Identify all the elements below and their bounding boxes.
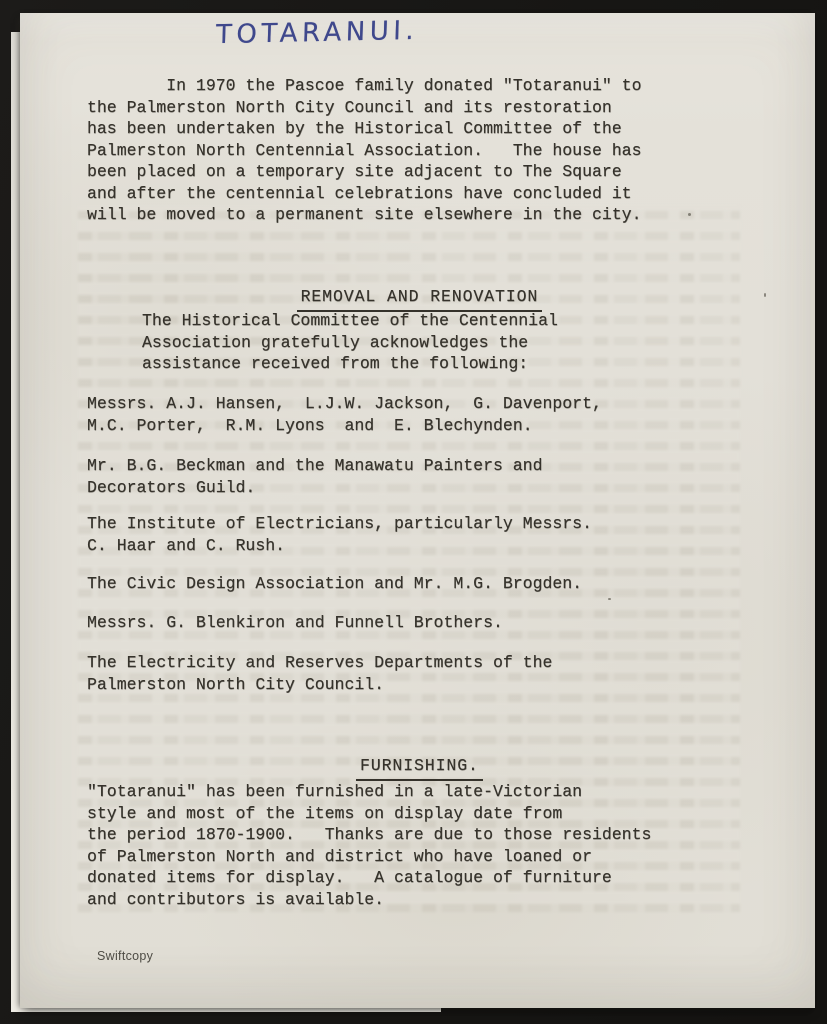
document-page: TOTARANUI. In 1970 the Pascoe family don… bbox=[20, 13, 815, 1008]
acknowledgement-item-civic-design: The Civic Design Association and Mr. M.G… bbox=[87, 573, 582, 595]
handwritten-title: TOTARANUI. bbox=[216, 16, 419, 50]
acknowledgement-item-beckman: Mr. B.G. Beckman and the Manawatu Painte… bbox=[87, 455, 542, 498]
intro-paragraph: In 1970 the Pascoe family donated "Totar… bbox=[87, 75, 642, 226]
swiftcopy-watermark: Swiftcopy bbox=[97, 949, 153, 963]
paper-speck bbox=[764, 293, 766, 297]
paper-speck bbox=[688, 213, 691, 216]
acknowledgement-intro: The Historical Committee of the Centenni… bbox=[142, 310, 558, 375]
scanned-document: TOTARANUI. In 1970 the Pascoe family don… bbox=[0, 0, 827, 1024]
acknowledgement-item-hansen: Messrs. A.J. Hansen, L.J.W. Jackson, G. … bbox=[87, 393, 602, 436]
section-heading-removal: REMOVAL AND RENOVATION bbox=[297, 286, 543, 313]
section-heading-furnishing: FURNISHING. bbox=[356, 755, 483, 782]
furnishing-paragraph: "Totaranui" has been furnished in a late… bbox=[87, 781, 651, 910]
acknowledgement-item-blenkiron: Messrs. G. Blenkiron and Funnell Brother… bbox=[87, 612, 503, 634]
acknowledgement-item-electricians: The Institute of Electricians, particula… bbox=[87, 513, 592, 556]
paper-speck bbox=[608, 598, 611, 600]
acknowledgement-item-city-council: The Electricity and Reserves Departments… bbox=[87, 652, 552, 695]
